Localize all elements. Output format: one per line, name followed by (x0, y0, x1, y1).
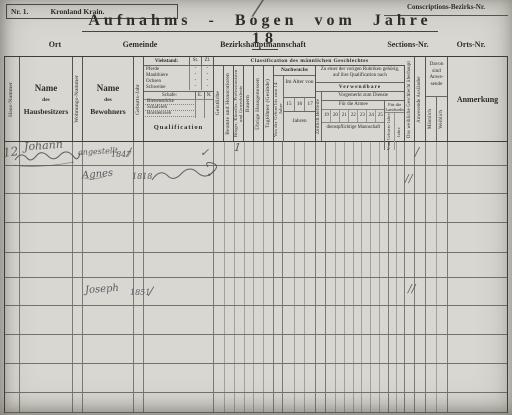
table-cell (389, 253, 405, 277)
table-cell (214, 253, 274, 277)
table-subcell (224, 166, 234, 193)
table-cell (283, 223, 316, 252)
table-subcell (244, 335, 254, 363)
table-cell (326, 253, 389, 277)
table-cell (389, 141, 405, 165)
geburt-bis-14-label: Von der Geburt bis zum 14. Jahre (274, 76, 284, 142)
table-subcell (436, 364, 447, 392)
table-subcell (436, 253, 447, 277)
table-subcell (304, 393, 315, 412)
table-row (5, 223, 507, 253)
table-cell (426, 141, 448, 165)
age-16: 16 (295, 98, 306, 111)
table-cell (134, 278, 144, 305)
table-subcell (396, 393, 404, 412)
table-cell (20, 393, 73, 412)
table-cell (73, 141, 83, 165)
field-label-gemeinde: Gemeinde (108, 40, 172, 49)
table-row (5, 141, 507, 166)
table-subcell (224, 278, 234, 305)
class-col-label: Beamte und Honoratioren (226, 73, 232, 135)
table-subcell (370, 335, 379, 363)
im-alter-von-label: Im Alter von (284, 76, 315, 97)
table-subcell (344, 278, 353, 305)
auslaender-label: Anwesende Ausländer (417, 76, 422, 123)
anwesende-box: Davon sind Anwe- sende Männlich Weiblich (426, 57, 448, 141)
viehstand-row: Ochsen (144, 79, 189, 84)
table-cell (316, 278, 326, 305)
table-cell (83, 141, 134, 165)
table-subcell (344, 306, 353, 334)
class-col-label: Bauern (246, 95, 252, 112)
table-subcell (294, 166, 305, 193)
hausbesitzer-l1: Name (35, 83, 58, 93)
table-subcell (234, 166, 244, 193)
table-subcell (370, 223, 379, 252)
table-cell (283, 335, 316, 363)
table-subcell (244, 393, 254, 412)
table-subcell (335, 335, 344, 363)
table-row (5, 335, 507, 364)
table-subcell (426, 335, 436, 363)
table-cell (5, 253, 20, 277)
table-subcell (263, 223, 273, 252)
table-subcell (353, 335, 362, 363)
viehstand-title: Viehstand: (144, 59, 189, 64)
col-weibliches-geschlecht: Das weibliche Geschlecht überhaupt (405, 57, 415, 141)
table-subcell (426, 364, 436, 392)
table-subcell (304, 223, 315, 252)
anwesende-maennlich-col: Männlich (426, 97, 437, 141)
table-subcell (283, 278, 294, 305)
table-cell (214, 194, 274, 222)
table-subcell (304, 166, 315, 193)
table-cell (83, 364, 134, 392)
table-cell (5, 141, 20, 165)
table-cell (134, 166, 144, 193)
table-cell (20, 364, 73, 392)
table-subcell (396, 141, 404, 165)
table-cell (283, 278, 316, 305)
table-cell (83, 393, 134, 412)
table-subcell (370, 253, 379, 277)
table-subcell (379, 278, 388, 305)
form-title: Aufnahms - Bogen vom Jahre (82, 12, 437, 32)
table-cell (415, 253, 426, 277)
table-subcell (353, 253, 362, 277)
table-subcell (234, 306, 244, 334)
table-cell (274, 306, 283, 334)
table-cell (5, 223, 20, 252)
table-cell (405, 335, 415, 363)
table-subcell (361, 166, 370, 193)
table-subcell (283, 194, 294, 222)
table-subcell (244, 194, 254, 222)
table-cell (5, 194, 20, 222)
table-subcell (283, 141, 294, 165)
table-cell (73, 253, 83, 277)
table-subcell (294, 223, 305, 252)
table-cell (144, 335, 214, 363)
table-subcell (253, 223, 263, 252)
age-17: 17 (305, 98, 315, 111)
nachwuchs-block: Nachwuchs Von der Geburt bis zum 14. Jah… (274, 66, 316, 141)
year-24: 24 (367, 110, 376, 122)
table-cell (326, 393, 389, 412)
table-subcell (389, 194, 396, 222)
rubriken-block: Zu einer der vorigen Rubriken gehörig, a… (316, 66, 405, 141)
table-cell (389, 306, 405, 334)
table-subcell (426, 393, 436, 412)
table-cell (134, 194, 144, 222)
table-header: Haus-Nummer Name des Hausbesitzers Wohnu… (5, 57, 507, 142)
table-cell (144, 223, 214, 252)
table-subcell (294, 278, 305, 305)
table-cell (144, 364, 214, 392)
table-cell (274, 194, 283, 222)
year-22: 22 (349, 110, 358, 122)
table-cell (20, 141, 73, 165)
table-cell (144, 306, 214, 334)
anwesende-weiblich-col: Weiblich (437, 97, 447, 141)
befreite-label: Zeitlich Befreite (316, 99, 321, 134)
table-cell (415, 141, 426, 165)
table-cell (20, 335, 73, 363)
table-subcell (214, 335, 224, 363)
table-subcell (234, 194, 244, 222)
table-cell (144, 166, 214, 193)
table-subcell (263, 306, 273, 334)
hausbesitzer-l2: des (42, 97, 50, 103)
table-subcell (304, 253, 315, 277)
table-cell (326, 194, 389, 222)
table-subcell (294, 141, 305, 165)
table-subcell (370, 141, 379, 165)
table-subcell (436, 306, 447, 334)
empty-cell (195, 112, 204, 118)
table-subcell (379, 253, 388, 277)
table-subcell (361, 223, 370, 252)
table-subcell (283, 253, 294, 277)
table-cell (274, 278, 283, 305)
table-cell (134, 306, 144, 334)
table-subcell (263, 253, 273, 277)
table-cell (144, 194, 214, 222)
table-subcell (326, 335, 335, 363)
qualification-label: Qualification (144, 124, 213, 131)
viehstand-row: Schweine (144, 85, 189, 90)
table-subcell (436, 194, 447, 222)
table-subcell (294, 253, 305, 277)
weiblich-sub-label: Weiblich (439, 110, 444, 129)
table-subcell (426, 223, 436, 252)
table-subcell (326, 306, 335, 334)
table-subcell (335, 278, 344, 305)
table-row (5, 253, 507, 278)
table-subcell (224, 335, 234, 363)
table-cell (214, 306, 274, 334)
table-subcell (389, 253, 396, 277)
table-cell (448, 278, 507, 305)
table-cell (426, 278, 448, 305)
table-cell (426, 335, 448, 363)
table-subcell (335, 194, 344, 222)
table-subcell (263, 166, 273, 193)
table-subcell (436, 393, 447, 412)
table-subcell (361, 306, 370, 334)
table-cell (144, 278, 214, 305)
table-cell (214, 278, 274, 305)
table-subcell (294, 364, 305, 392)
table-body (5, 141, 507, 413)
verwendbare-label: Verwendbare (316, 83, 404, 92)
rubriken-title: Zu einer der vorigen Rubriken gehörig, a… (316, 66, 404, 83)
table-cell (134, 253, 144, 277)
table-cell (73, 306, 83, 334)
table-cell (5, 166, 20, 193)
table-subcell (370, 306, 379, 334)
table-cell (316, 223, 326, 252)
table-row (5, 194, 507, 223)
table-subcell (263, 335, 273, 363)
table-cell (326, 223, 389, 252)
table-subcell (283, 364, 294, 392)
table-subcell (335, 393, 344, 412)
bewohner-l3: Bewohners (90, 107, 125, 116)
bewohner-l1: Name (97, 83, 120, 93)
table-cell (316, 364, 326, 392)
table-cell (405, 364, 415, 392)
landwehr-label: Für die Landwehr (385, 101, 404, 113)
age-15: 15 (284, 98, 295, 111)
field-label-ort: Ort (38, 40, 72, 49)
table-cell (326, 364, 389, 392)
table-cell (326, 306, 389, 334)
table-subcell (294, 306, 305, 334)
col-bewohner: Name des Bewohners (83, 57, 134, 141)
table-subcell (253, 335, 263, 363)
col-wohnungs-nummer: Wohnungs-Nummer (73, 57, 83, 141)
table-row (5, 364, 507, 393)
anwesende-t1: Davon (430, 61, 444, 67)
class-col-geistliche: Geistliche (214, 66, 224, 141)
table-cell (20, 253, 73, 277)
table-cell (405, 278, 415, 305)
viehstand-sub-col2: N. (204, 92, 213, 99)
table-cell (316, 393, 326, 412)
field-label-orts-nr: Orts-Nr. (440, 40, 502, 49)
col-geburts-jahr: Geburts-Jahr (134, 57, 144, 141)
table-subcell (304, 278, 315, 305)
table-cell (415, 278, 426, 305)
table-cell (214, 393, 274, 412)
viehstand-sub-col1: E. (195, 92, 204, 99)
class-col-label: Taglöhner (Gesinde) (266, 79, 272, 128)
table-cell (144, 393, 214, 412)
table-cell (283, 166, 316, 193)
table-subcell (263, 194, 273, 222)
table-subcell (396, 306, 404, 334)
table-subcell (426, 278, 436, 305)
table-cell (405, 223, 415, 252)
table-cell (326, 335, 389, 363)
table-subcell (294, 335, 305, 363)
table-subcell (361, 194, 370, 222)
class-col-label: Bürger, Künstler, Professionisten und Ge… (234, 66, 243, 141)
table-cell (405, 166, 415, 193)
table-subcell (426, 141, 436, 165)
table-subcell (379, 306, 388, 334)
table-cell (214, 223, 274, 252)
table-cell (5, 393, 20, 412)
table-subcell (344, 335, 353, 363)
bewohner-l2: des (104, 97, 112, 103)
table-cell (448, 194, 507, 222)
table-subcell (436, 166, 447, 193)
table-cell (415, 335, 426, 363)
table-cell (283, 306, 316, 334)
table-cell (415, 223, 426, 252)
table-cell (274, 364, 283, 392)
table-cell (316, 335, 326, 363)
table-subcell (426, 194, 436, 222)
class-col-label: Geistliche (216, 91, 222, 115)
table-subcell (253, 166, 263, 193)
maennlich-label: Männlich (428, 109, 433, 129)
table-cell (389, 393, 405, 412)
table-subcell (253, 194, 263, 222)
table-subcell (335, 253, 344, 277)
class-col-buerger: Bürger, Künstler, Professionisten und Ge… (234, 66, 244, 141)
table-subcell (361, 364, 370, 392)
table-cell (144, 141, 214, 165)
table-subcell (283, 335, 294, 363)
hausbesitzer-l3: Hausbesitzers (24, 107, 69, 116)
table-cell (20, 166, 73, 193)
table-subcell (214, 223, 224, 252)
table-subcell (396, 223, 404, 252)
table-subcell (283, 223, 294, 252)
table-subcell (326, 278, 335, 305)
col-hausbesitzer: Name des Hausbesitzers (20, 57, 73, 141)
col-anmerkung: Anmerkung (448, 57, 507, 141)
table-subcell (214, 393, 224, 412)
table-cell (144, 253, 214, 277)
table-subcell (353, 141, 362, 165)
table-subcell (283, 166, 294, 193)
table-subcell (370, 166, 379, 193)
table-subcell (370, 393, 379, 412)
table-subcell (214, 364, 224, 392)
col-auslaender: Anwesende Ausländer (415, 57, 426, 141)
field-label-sections-nr: Sections-Nr. (368, 40, 448, 49)
table-subcell (389, 166, 396, 193)
viehstand-row: Maulthiere (144, 73, 189, 78)
table-cell (415, 364, 426, 392)
table-subcell (263, 393, 273, 412)
viehstand-box: Viehstand: St. Zl. Pferde-- Maulthiere--… (144, 57, 214, 141)
table-subcell (335, 364, 344, 392)
table-subcell (326, 141, 335, 165)
table-subcell (253, 278, 263, 305)
table-subcell (294, 393, 305, 412)
table-cell (426, 166, 448, 193)
table-cell (426, 194, 448, 222)
table-cell (415, 393, 426, 412)
table-subcell (244, 223, 254, 252)
table-subcell (389, 393, 396, 412)
table-subcell (234, 141, 244, 165)
table-row (5, 306, 507, 335)
table-subcell (214, 141, 224, 165)
table-subcell (436, 278, 447, 305)
class-col-bauern: Bauern (244, 66, 254, 141)
table-subcell (426, 306, 436, 334)
table-cell (283, 364, 316, 392)
table-cell (134, 335, 144, 363)
armee-label: Für die Armee (322, 101, 384, 110)
table-cell (73, 393, 83, 412)
table-subcell (426, 166, 436, 193)
table-subcell (283, 306, 294, 334)
table-subcell (370, 364, 379, 392)
table-subcell (214, 194, 224, 222)
table-cell (214, 166, 274, 193)
table-subcell (304, 141, 315, 165)
table-subcell (389, 335, 396, 363)
table-cell (83, 306, 134, 334)
table-cell (214, 335, 274, 363)
census-table: Haus-Nummer Name des Hausbesitzers Wohnu… (4, 56, 508, 413)
table-cell (134, 141, 144, 165)
table-cell (20, 306, 73, 334)
table-subcell (244, 253, 254, 277)
table-subcell (244, 364, 254, 392)
table-subcell (214, 278, 224, 305)
table-cell (214, 364, 274, 392)
table-subcell (379, 166, 388, 193)
age-cells: 15 16 17 (284, 97, 315, 112)
table-subcell (353, 166, 362, 193)
empty-cell (204, 112, 213, 118)
table-cell (316, 194, 326, 222)
table-subcell (389, 223, 396, 252)
table-cell (274, 223, 283, 252)
table-subcell (224, 194, 234, 222)
table-cell (73, 194, 83, 222)
table-subcell (353, 278, 362, 305)
table-cell (283, 393, 316, 412)
field-label-bezirkshauptmannschaft: Bezirkshauptmannschaft (200, 40, 326, 49)
table-subcell (389, 278, 396, 305)
table-cell (73, 335, 83, 363)
landwehr-col2-label: Jahre (397, 127, 402, 137)
table-cell (448, 393, 507, 412)
classification-title: Classification des männlichen Geschlecht… (214, 57, 405, 66)
table-cell (83, 166, 134, 193)
table-subcell (361, 335, 370, 363)
table-subcell (344, 166, 353, 193)
table-subcell (335, 166, 344, 193)
table-subcell (234, 393, 244, 412)
anwesende-t4: sende (431, 81, 443, 87)
viehstand-sub-row: Borstenvieh (145, 111, 194, 117)
table-cell (20, 278, 73, 305)
table-subcell (234, 253, 244, 277)
viehstand-sub-title: Schafe: (144, 93, 195, 98)
table-cell (415, 306, 426, 334)
table-subcell (335, 306, 344, 334)
